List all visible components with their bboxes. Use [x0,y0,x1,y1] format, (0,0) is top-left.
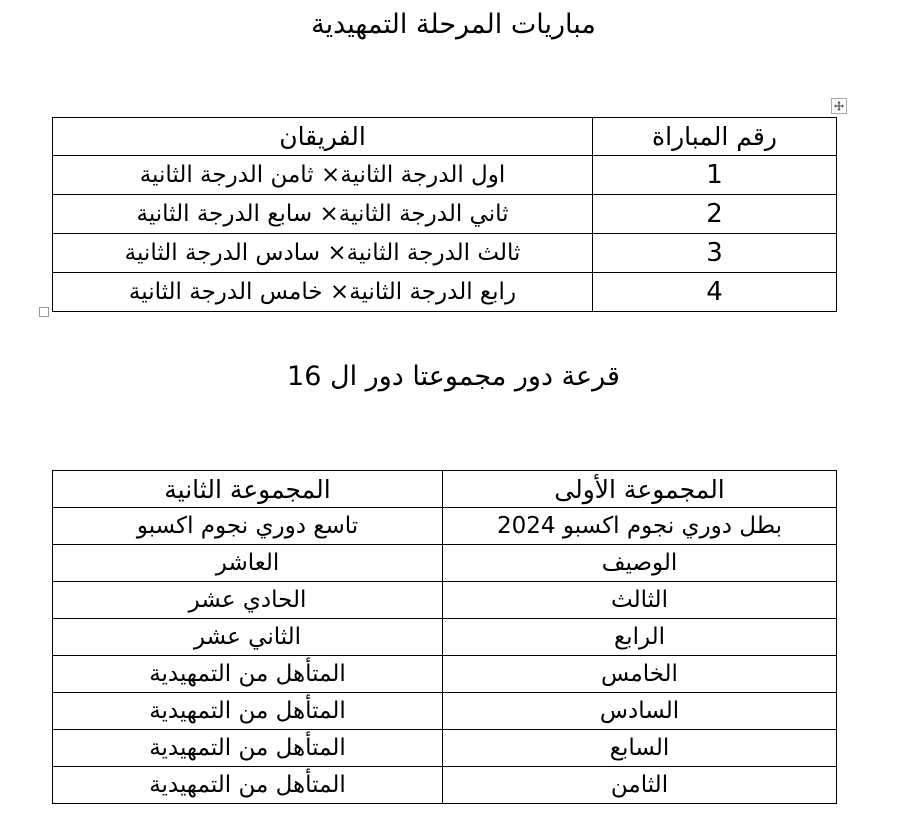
group2-cell: المتأهل من التمهيدية [53,767,443,804]
teams-cell: اول الدرجة الثانية× ثامن الدرجة الثانية [53,156,593,195]
round16-draw-title: قرعة دور مجموعتا دور ال 16 [0,356,907,398]
table-header-row: المجموعة الأولى المجموعة الثانية [53,471,837,508]
group2-cell: المتأهل من التمهيدية [53,656,443,693]
group1-cell: الرابع [443,619,837,656]
table-row: الثالث الحادي عشر [53,582,837,619]
group2-cell: الثاني عشر [53,619,443,656]
column-header-group2: المجموعة الثانية [53,471,443,508]
table-row: 4 رابع الدرجة الثانية× خامس الدرجة الثان… [53,273,837,312]
table-row: الوصيف العاشر [53,545,837,582]
group2-cell: العاشر [53,545,443,582]
column-header-group1: المجموعة الأولى [443,471,837,508]
group1-cell: السادس [443,693,837,730]
group2-cell: المتأهل من التمهيدية [53,693,443,730]
group1-cell: الثامن [443,767,837,804]
preliminary-matches-table: رقم المباراة الفريقان 1 اول الدرجة الثان… [52,117,837,312]
group1-cell: الخامس [443,656,837,693]
teams-cell: رابع الدرجة الثانية× خامس الدرجة الثانية [53,273,593,312]
column-header-match-number: رقم المباراة [593,118,837,156]
group2-cell: تاسع دوري نجوم اكسبو [53,508,443,545]
table-move-handle-icon[interactable] [831,98,847,114]
document-page: { "doc": { "title1": "مباريات المرحلة ال… [0,0,907,838]
table-row: السابع المتأهل من التمهيدية [53,730,837,767]
four-way-arrow-icon [834,101,844,111]
preliminary-matches-title: مباريات المرحلة التمهيدية [0,4,907,46]
match-number-cell: 1 [593,156,837,195]
match-number-cell: 2 [593,195,837,234]
table-row: 1 اول الدرجة الثانية× ثامن الدرجة الثاني… [53,156,837,195]
teams-cell: ثالث الدرجة الثانية× سادس الدرجة الثانية [53,234,593,273]
group1-cell: الثالث [443,582,837,619]
column-header-teams: الفريقان [53,118,593,156]
group2-cell: المتأهل من التمهيدية [53,730,443,767]
table-resize-handle[interactable] [39,307,49,317]
teams-cell: ثاني الدرجة الثانية× سابع الدرجة الثانية [53,195,593,234]
table-row: 2 ثاني الدرجة الثانية× سابع الدرجة الثان… [53,195,837,234]
match-number-cell: 4 [593,273,837,312]
table-row: الخامس المتأهل من التمهيدية [53,656,837,693]
match-number-cell: 3 [593,234,837,273]
group1-cell: الوصيف [443,545,837,582]
table-row: الرابع الثاني عشر [53,619,837,656]
group1-cell: بطل دوري نجوم اكسبو 2024 [443,508,837,545]
table-row: الثامن المتأهل من التمهيدية [53,767,837,804]
table-row: بطل دوري نجوم اكسبو 2024 تاسع دوري نجوم … [53,508,837,545]
round16-groups-table: المجموعة الأولى المجموعة الثانية بطل دور… [52,470,837,804]
table-row: 3 ثالث الدرجة الثانية× سادس الدرجة الثان… [53,234,837,273]
group1-cell: السابع [443,730,837,767]
table-row: السادس المتأهل من التمهيدية [53,693,837,730]
group2-cell: الحادي عشر [53,582,443,619]
table-header-row: رقم المباراة الفريقان [53,118,837,156]
